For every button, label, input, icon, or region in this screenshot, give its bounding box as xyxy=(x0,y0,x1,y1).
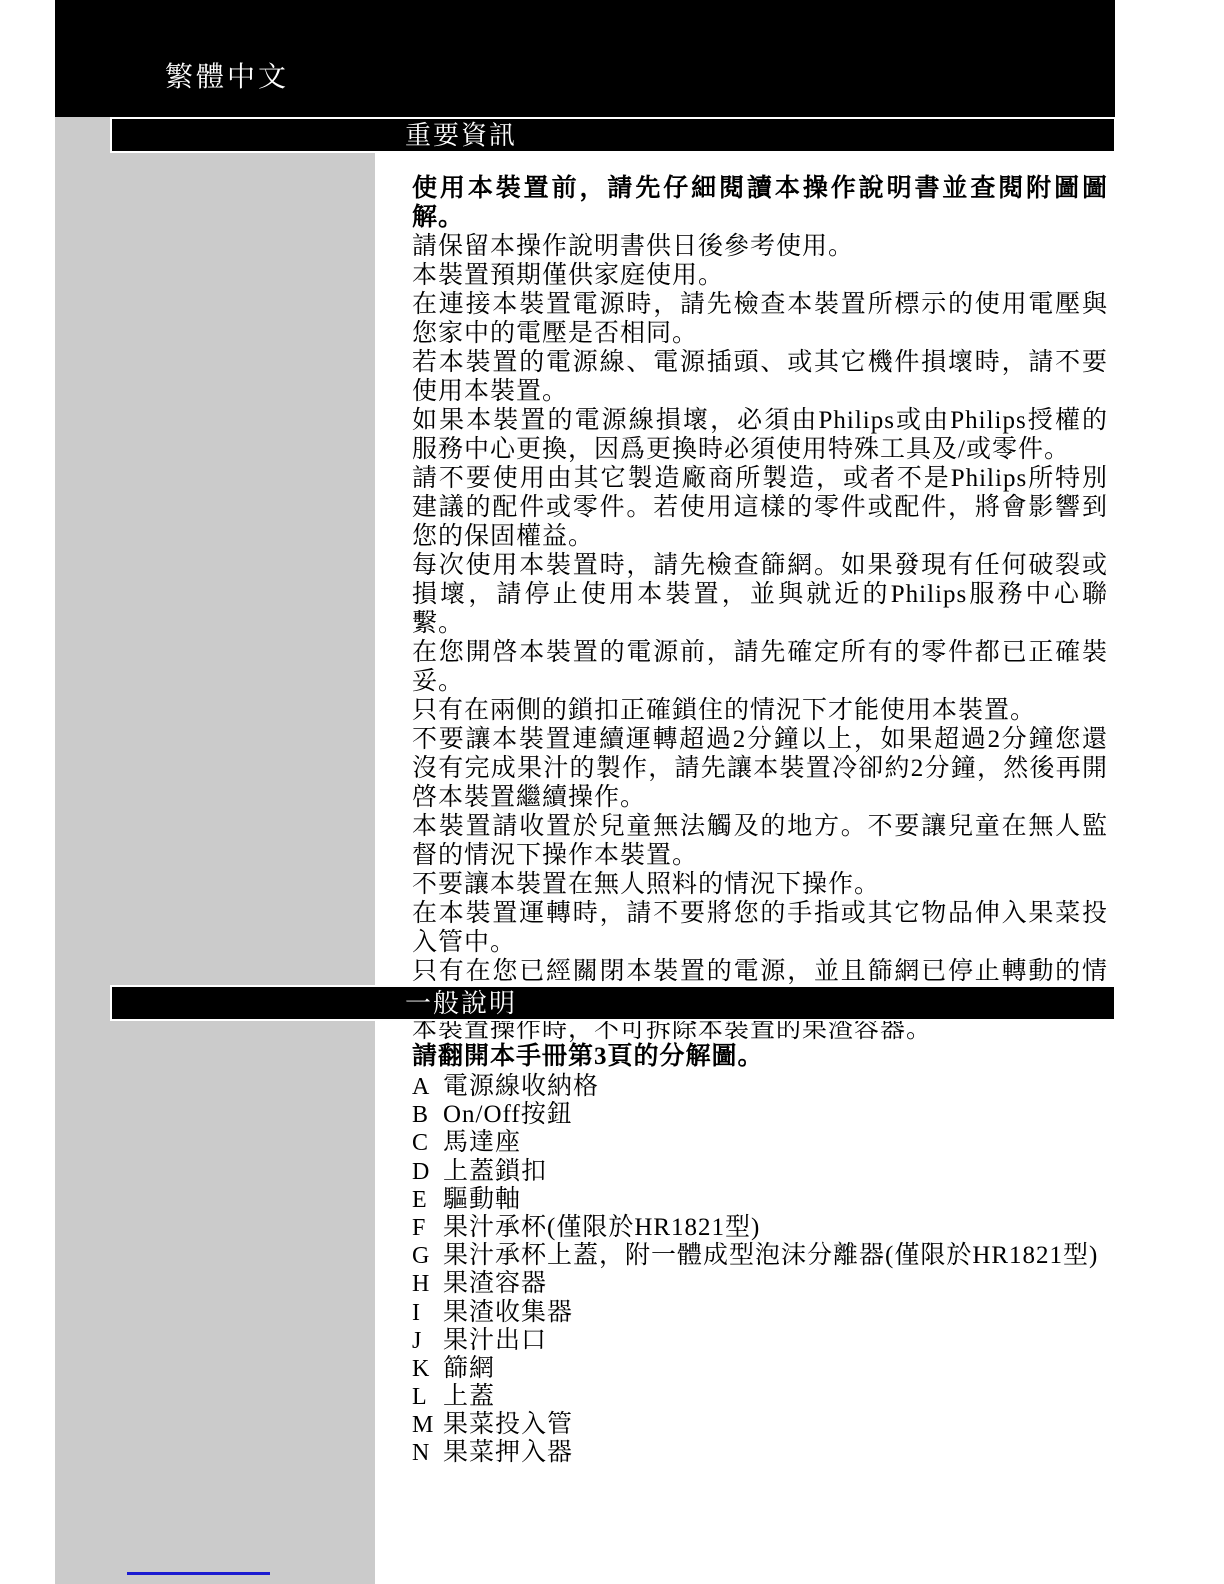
part-row: H果渣容器 xyxy=(412,1270,1108,1298)
manual-page: 繁體中文 重要資訊 使用本裝置前，請先仔細閱讀本操作說明書並查閱附圖圖解。 請保… xyxy=(0,0,1224,1584)
part-row: K篩網 xyxy=(412,1355,1108,1383)
safety-paragraph: 本裝置請收置於兒童無法觸及的地方。不要讓兒童在無人監督的情況下操作本裝置。 xyxy=(412,812,1108,870)
part-label: 果渣容器 xyxy=(443,1270,547,1297)
part-key: B xyxy=(412,1101,443,1129)
part-label: On/Off按鈕 xyxy=(443,1101,573,1128)
important-info-intro: 使用本裝置前，請先仔細閱讀本操作說明書並查閱附圖圖解。 xyxy=(412,174,1108,232)
part-row: F果汁承杯(僅限於HR1821型) xyxy=(412,1214,1108,1242)
part-key: L xyxy=(412,1383,443,1411)
safety-paragraph: 如果本裝置的電源線損壞，必須由Philips或由Philips授權的服務中心更換… xyxy=(412,406,1108,464)
left-gray-column xyxy=(55,117,375,1584)
part-label: 上蓋 xyxy=(443,1383,495,1410)
part-row: C馬達座 xyxy=(412,1129,1108,1157)
safety-paragraph: 不要讓本裝置連續運轉超過2分鐘以上，如果超過2分鐘您還沒有完成果汁的製作，請先讓… xyxy=(412,725,1108,812)
part-label: 果汁出口 xyxy=(443,1327,547,1354)
part-label: 果菜押入器 xyxy=(443,1439,573,1466)
part-label: 果汁承杯上蓋，附一體成型泡沫分離器(僅限於HR1821型) xyxy=(443,1242,1098,1269)
part-label: 上蓋鎖扣 xyxy=(443,1158,547,1185)
part-row: L上蓋 xyxy=(412,1383,1108,1411)
part-key: N xyxy=(412,1439,443,1467)
part-row: BOn/Off按鈕 xyxy=(412,1101,1108,1129)
language-label: 繁體中文 xyxy=(165,55,289,95)
part-key: F xyxy=(412,1214,443,1242)
safety-paragraph: 不要讓本裝置在無人照料的情況下操作。 xyxy=(412,870,1108,899)
parts-list: A電源線收納格BOn/Off按鈕C馬達座D上蓋鎖扣E驅動軸F果汁承杯(僅限於HR… xyxy=(412,1073,1108,1468)
part-row: G果汁承杯上蓋，附一體成型泡沫分離器(僅限於HR1821型) xyxy=(412,1242,1108,1270)
part-key: C xyxy=(412,1129,443,1157)
part-key: A xyxy=(412,1073,443,1101)
safety-paragraph: 在本裝置運轉時，請不要將您的手指或其它物品伸入果菜投入管中。 xyxy=(412,899,1108,957)
part-row: M果菜投入管 xyxy=(412,1411,1108,1439)
safety-paragraph: 只有在兩側的鎖扣正確鎖住的情況下才能使用本裝置。 xyxy=(412,696,1108,725)
safety-paragraph: 請保留本操作說明書供日後參考使用。 xyxy=(412,232,1108,261)
part-key: H xyxy=(412,1270,443,1298)
part-label: 馬達座 xyxy=(443,1129,521,1156)
part-key: I xyxy=(412,1299,443,1327)
safety-paragraph: 每次使用本裝置時，請先檢查篩網。如果發現有任何破裂或損壞，請停止使用本裝置，並與… xyxy=(412,551,1108,638)
part-label: 果渣收集器 xyxy=(443,1299,573,1326)
part-key: D xyxy=(412,1158,443,1186)
section-header-important-info: 重要資訊 xyxy=(110,117,1116,153)
part-row: A電源線收納格 xyxy=(412,1073,1108,1101)
safety-paragraph: 若本裝置的電源線、電源插頭、或其它機件損壞時，請不要使用本裝置。 xyxy=(412,348,1108,406)
part-key: M xyxy=(412,1411,443,1439)
part-key: K xyxy=(412,1355,443,1383)
section-header-general-description: 一般說明 xyxy=(110,985,1116,1021)
important-info-body: 使用本裝置前，請先仔細閱讀本操作說明書並查閱附圖圖解。 請保留本操作說明書供日後… xyxy=(412,174,1108,1044)
part-key: E xyxy=(412,1186,443,1214)
general-description-body: 請翻開本手冊第3頁的分解圖。 A電源線收納格BOn/Off按鈕C馬達座D上蓋鎖扣… xyxy=(412,1042,1108,1468)
part-row: J果汁出口 xyxy=(412,1327,1108,1355)
part-label: 果汁承杯(僅限於HR1821型) xyxy=(443,1214,760,1241)
part-row: E驅動軸 xyxy=(412,1186,1108,1214)
top-banner: 繁體中文 xyxy=(55,0,1115,117)
part-label: 篩網 xyxy=(443,1355,495,1382)
part-row: I果渣收集器 xyxy=(412,1299,1108,1327)
safety-paragraph: 本裝置預期僅供家庭使用。 xyxy=(412,261,1108,290)
safety-paragraph: 請不要使用由其它製造廠商所製造，或者不是Philips所特別建議的配件或零件。若… xyxy=(412,464,1108,551)
part-row: D上蓋鎖扣 xyxy=(412,1158,1108,1186)
part-row: N果菜押入器 xyxy=(412,1439,1108,1467)
part-label: 果菜投入管 xyxy=(443,1411,573,1438)
safety-paragraph: 在連接本裝置電源時，請先檢查本裝置所標示的使用電壓與您家中的電壓是否相同。 xyxy=(412,290,1108,348)
part-key: J xyxy=(412,1327,443,1355)
footer-underline xyxy=(127,1572,270,1575)
part-label: 電源線收納格 xyxy=(443,1073,599,1100)
safety-paragraphs: 請保留本操作說明書供日後參考使用。本裝置預期僅供家庭使用。在連接本裝置電源時，請… xyxy=(412,232,1108,1044)
part-label: 驅動軸 xyxy=(443,1186,521,1213)
section-title-important-info: 重要資訊 xyxy=(112,119,1114,152)
general-description-intro: 請翻開本手冊第3頁的分解圖。 xyxy=(412,1042,1108,1071)
part-key: G xyxy=(412,1242,443,1270)
section-title-general-description: 一般說明 xyxy=(112,987,1114,1020)
safety-paragraph: 在您開啓本裝置的電源前，請先確定所有的零件都已正確裝妥。 xyxy=(412,638,1108,696)
